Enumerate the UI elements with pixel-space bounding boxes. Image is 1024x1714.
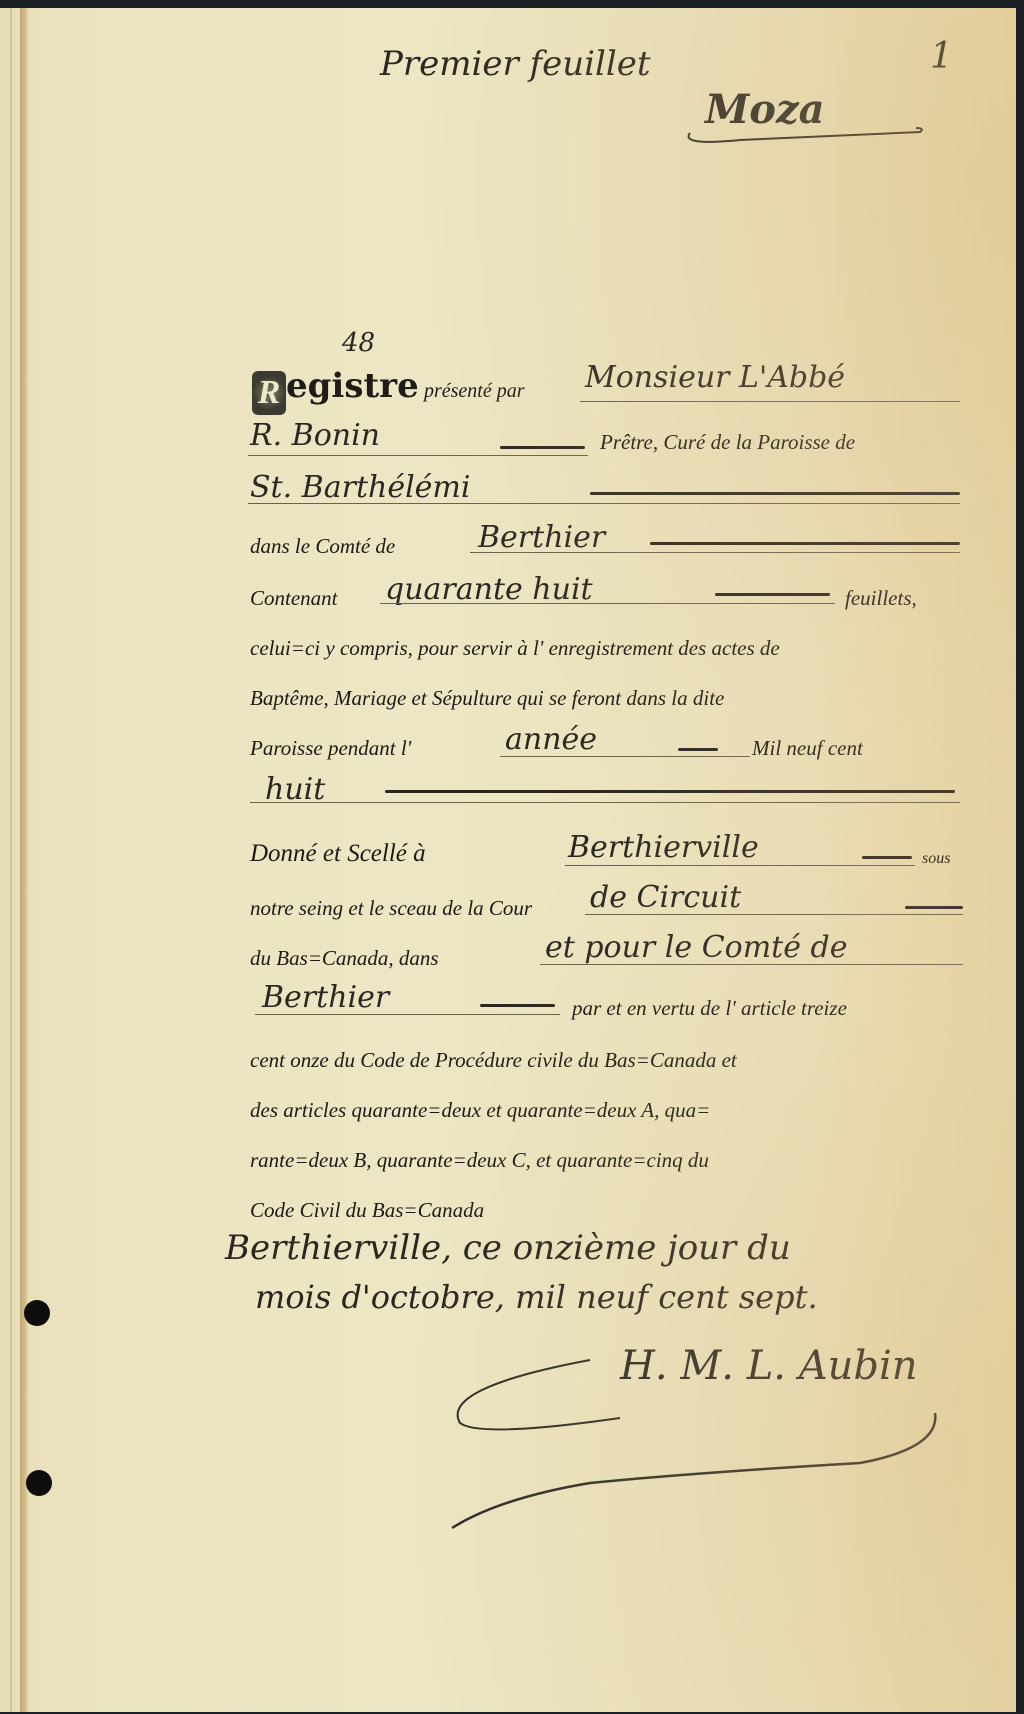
filler-dash	[678, 748, 718, 751]
folio-count: quarante huit	[385, 572, 593, 607]
fill-line	[248, 503, 960, 504]
ornamental-dropcap: R	[252, 371, 286, 415]
register-page: Premier feuillet 1 Moza (signature)Moza …	[0, 8, 1016, 1712]
filler-dash	[385, 790, 955, 793]
filler-dash	[480, 1004, 555, 1007]
folio-number: 1	[930, 36, 953, 77]
folio-label: Premier feuillet	[380, 44, 651, 84]
closing-line-1: Berthierville, ce onzième jour du	[225, 1228, 791, 1268]
fill-line	[540, 964, 963, 965]
court-name: de Circuit	[590, 880, 741, 915]
printed-text: dans le Comté de	[250, 534, 395, 559]
printed-text: présenté par	[424, 380, 525, 402]
court-jurisdiction: et pour le Comté de	[545, 930, 847, 965]
punch-hole	[26, 1470, 52, 1496]
printed-text: Paroisse pendant l'	[250, 736, 411, 761]
binding-edge	[10, 8, 12, 1712]
printed-text: Baptême, Mariage et Sépulture qui se fer…	[250, 686, 724, 711]
filler-dash	[862, 856, 912, 859]
filler-dash	[650, 542, 960, 545]
fill-line	[580, 401, 960, 402]
fill-line	[500, 756, 750, 757]
fill-line	[470, 552, 960, 553]
county-name-2: Berthier	[262, 980, 389, 1015]
printed-text: du Bas=Canada, dans	[250, 946, 439, 971]
printed-text: des articles quarante=deux et quarante=d…	[250, 1098, 710, 1123]
registre-word: egistre	[286, 366, 419, 406]
printed-text: Prêtre, Curé de la Paroisse de	[600, 430, 855, 455]
printed-text: celui=ci y compris, pour servir à l' enr…	[250, 636, 780, 661]
margin-number: 48	[342, 328, 375, 358]
printed-text: Mil neuf cent	[752, 736, 863, 761]
presenter-name: Monsieur L'Abbé	[585, 360, 845, 395]
fill-line	[248, 455, 588, 456]
registre-title: Registre présenté par	[252, 366, 525, 415]
filler-dash	[500, 446, 585, 449]
printed-text: Code Civil du Bas=Canada	[250, 1198, 484, 1223]
printed-text: notre seing et le sceau de la Cour	[250, 896, 532, 921]
printed-text: rante=deux B, quarante=deux C, et quaran…	[250, 1148, 709, 1173]
fill-line	[250, 802, 960, 803]
printed-text: cent onze du Code de Procédure civile du…	[250, 1048, 737, 1073]
signature-flourish	[440, 1348, 940, 1528]
printed-text: sous	[922, 850, 950, 868]
year-word: année	[505, 722, 597, 757]
fill-line	[380, 603, 835, 604]
fill-line	[255, 1014, 560, 1015]
punch-hole	[24, 1300, 50, 1326]
printed-text: par et en vertu de l' article treize	[572, 996, 847, 1021]
priest-name: R. Bonin	[250, 418, 380, 453]
fill-line	[565, 865, 915, 866]
printed-text: feuillets,	[845, 586, 917, 611]
parish-name: St. Barthélémi	[250, 470, 470, 505]
binding-strip	[20, 8, 28, 1712]
fill-line	[585, 914, 963, 915]
filler-dash	[590, 492, 960, 495]
initials-flourish	[680, 118, 930, 148]
closing-line-2: mois d'octobre, mil neuf cent sept.	[255, 1278, 818, 1316]
printed-text: Donné et Scellé à	[250, 840, 426, 868]
printed-text: Contenant	[250, 586, 338, 611]
sealed-place: Berthierville	[568, 830, 759, 865]
filler-dash	[715, 593, 830, 596]
filler-dash	[905, 906, 963, 909]
county-name: Berthier	[478, 520, 605, 555]
